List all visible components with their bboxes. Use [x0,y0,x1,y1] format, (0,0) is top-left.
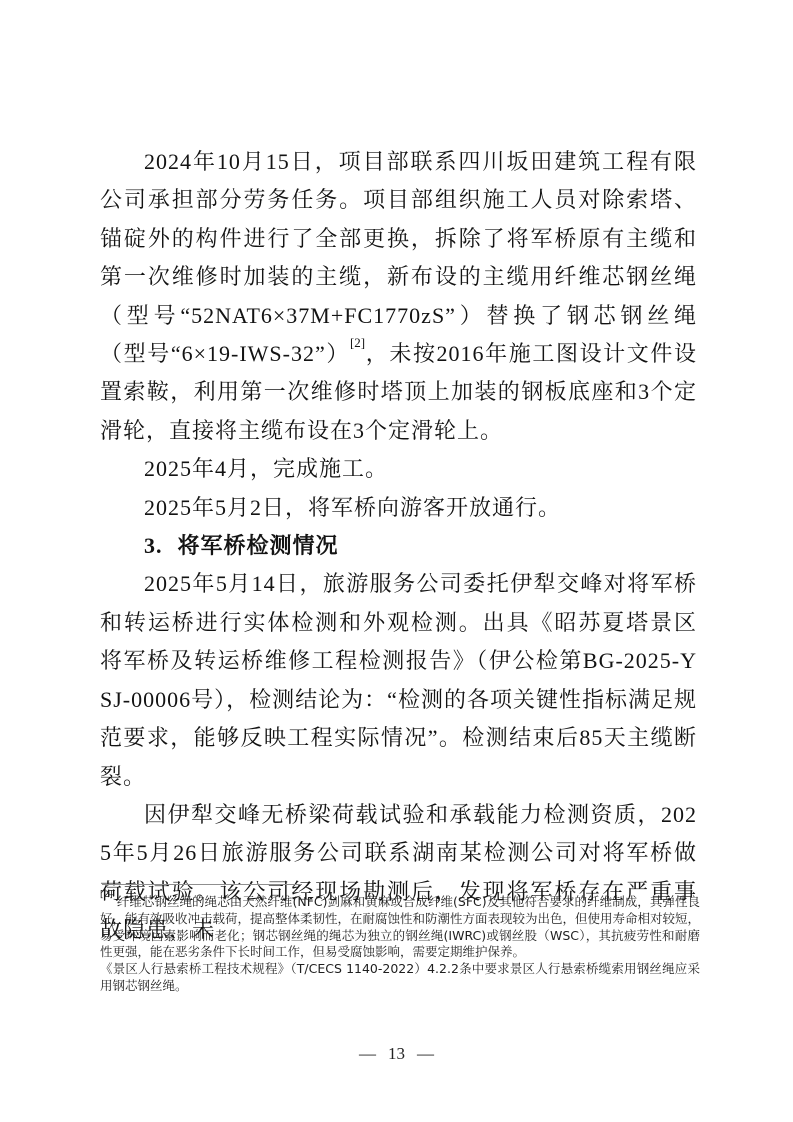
footnote-divider [102,884,302,885]
footnote-marker: [2] [100,890,113,900]
footnote-ref-marker: [2] [350,335,365,350]
footer-left-dash: — [359,1044,376,1063]
page-footer: —13— [0,1044,793,1064]
footnote-2-continued: 《景区人行悬索桥工程技术规程》（T/CECS 1140-2022）4.2.2条中… [100,961,700,995]
document-page: 2024年10月15日，项目部联系四川坂田建筑工程有限公司承担部分劳务任务。项目… [0,0,793,1122]
footer-right-dash: — [417,1044,434,1063]
heading-number: 3. [144,533,163,558]
paragraph-completion-2025-04: 2025年4月，完成施工。 [100,450,697,488]
body-text: 2024年10月15日，项目部联系四川坂田建筑工程有限公司承担部分劳务任务。项目… [100,143,697,950]
paragraph-opening-2025-05-02: 2025年5月2日，将军桥向游客开放通行。 [100,489,697,527]
paragraph-inspection-report: 2025年5月14日，旅游服务公司委托伊犁交峰对将军桥和转运桥进行实体检测和外观… [100,565,697,795]
footnote-text: 纤维芯钢丝绳的绳芯由天然纤维(NFC)剑麻和黄麻或合成纤维(SFC)及其他符合要… [100,894,700,959]
heading-title: 将军桥检测情况 [178,533,339,558]
footnote-text: 《景区人行悬索桥工程技术规程》（T/CECS 1140-2022）4.2.2条中… [100,961,700,993]
footnote-2: [2]纤维芯钢丝绳的绳芯由天然纤维(NFC)剑麻和黄麻或合成纤维(SFC)及其他… [100,894,700,961]
paragraph-construction-2024: 2024年10月15日，项目部联系四川坂田建筑工程有限公司承担部分劳务任务。项目… [100,143,697,450]
paragraph-text: 2024年10月15日，项目部联系四川坂田建筑工程有限公司承担部分劳务任务。项目… [100,149,697,366]
footnote-section: [2]纤维芯钢丝绳的绳芯由天然纤维(NFC)剑麻和黄麻或合成纤维(SFC)及其他… [100,884,700,995]
page-number: 13 [388,1044,405,1063]
section-heading-inspection: 3.将军桥检测情况 [100,527,697,565]
